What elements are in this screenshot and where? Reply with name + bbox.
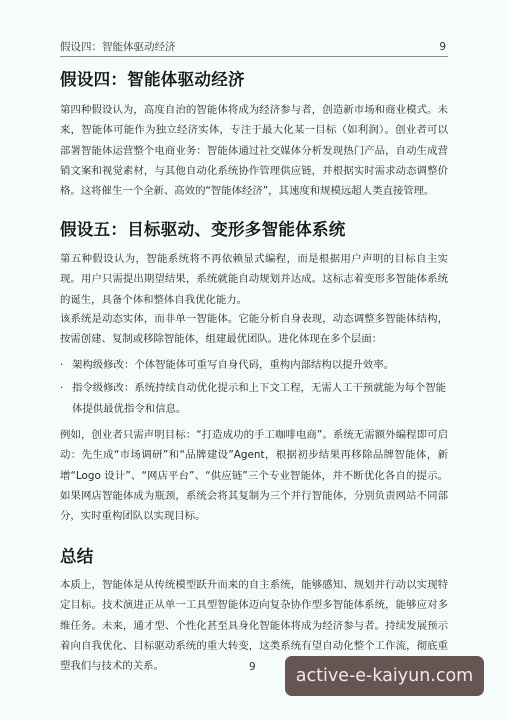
paragraph-hypothesis-4: 第四种假设认为，高度自治的智能体将成为经济参与者，创造新市场和商业模式。未来，智… xyxy=(60,100,448,201)
paragraph-hypothesis-5-example: 例如，创业者只需声明目标：“打造成功的手工咖啡电商”。系统无需额外编程即可启动：… xyxy=(60,425,448,526)
bullet-list-evolution-levels: · 架构级修改：个体智能体可重写自身代码，重构内部结构以提升效率。 · 指令级修… xyxy=(60,355,448,422)
bullet-text: 架构级修改：个体智能体可重写自身代码，重构内部结构以提升效率。 xyxy=(72,359,394,371)
bullet-text: 指令级修改：系统持续自动优化提示和上下文工程，无需人工干预就能为每个智能体提供最… xyxy=(72,382,446,414)
section-heading-hypothesis-5: 假设五：目标驱动、变形多智能体系统 xyxy=(60,216,346,240)
paragraph-hypothesis-5-dynamic: 该系统是动态实体，而非单一智能体。它能分析自身表现，动态调整多智能体结构，按需创… xyxy=(60,309,448,350)
running-header-page-number: 9 xyxy=(439,40,446,54)
bullet-item-architecture: · 架构级修改：个体智能体可重写自身代码，重构内部结构以提升效率。 xyxy=(60,355,448,375)
section-heading-hypothesis-4: 假设四：智能体驱动经济 xyxy=(60,66,245,90)
bullet-item-instruction: · 指令级修改：系统持续自动优化提示和上下文工程，无需人工干预就能为每个智能体提… xyxy=(60,378,448,419)
bullet-dot-icon: · xyxy=(60,355,63,375)
footer-page-number: 9 xyxy=(249,661,256,673)
watermark-badge: active-e-kaiyun.com xyxy=(285,656,484,696)
section-heading-summary: 总结 xyxy=(60,543,94,567)
bullet-dot-icon: · xyxy=(60,378,63,398)
running-header-title: 假设四：智能体驱动经济 xyxy=(60,40,176,54)
paragraph-hypothesis-5-intro: 第五种假设认为，智能系统将不再依赖显式编程，而是根据用户声明的目标自主实现。用户… xyxy=(60,249,448,310)
running-header: 假设四：智能体驱动经济 9 xyxy=(60,40,448,57)
